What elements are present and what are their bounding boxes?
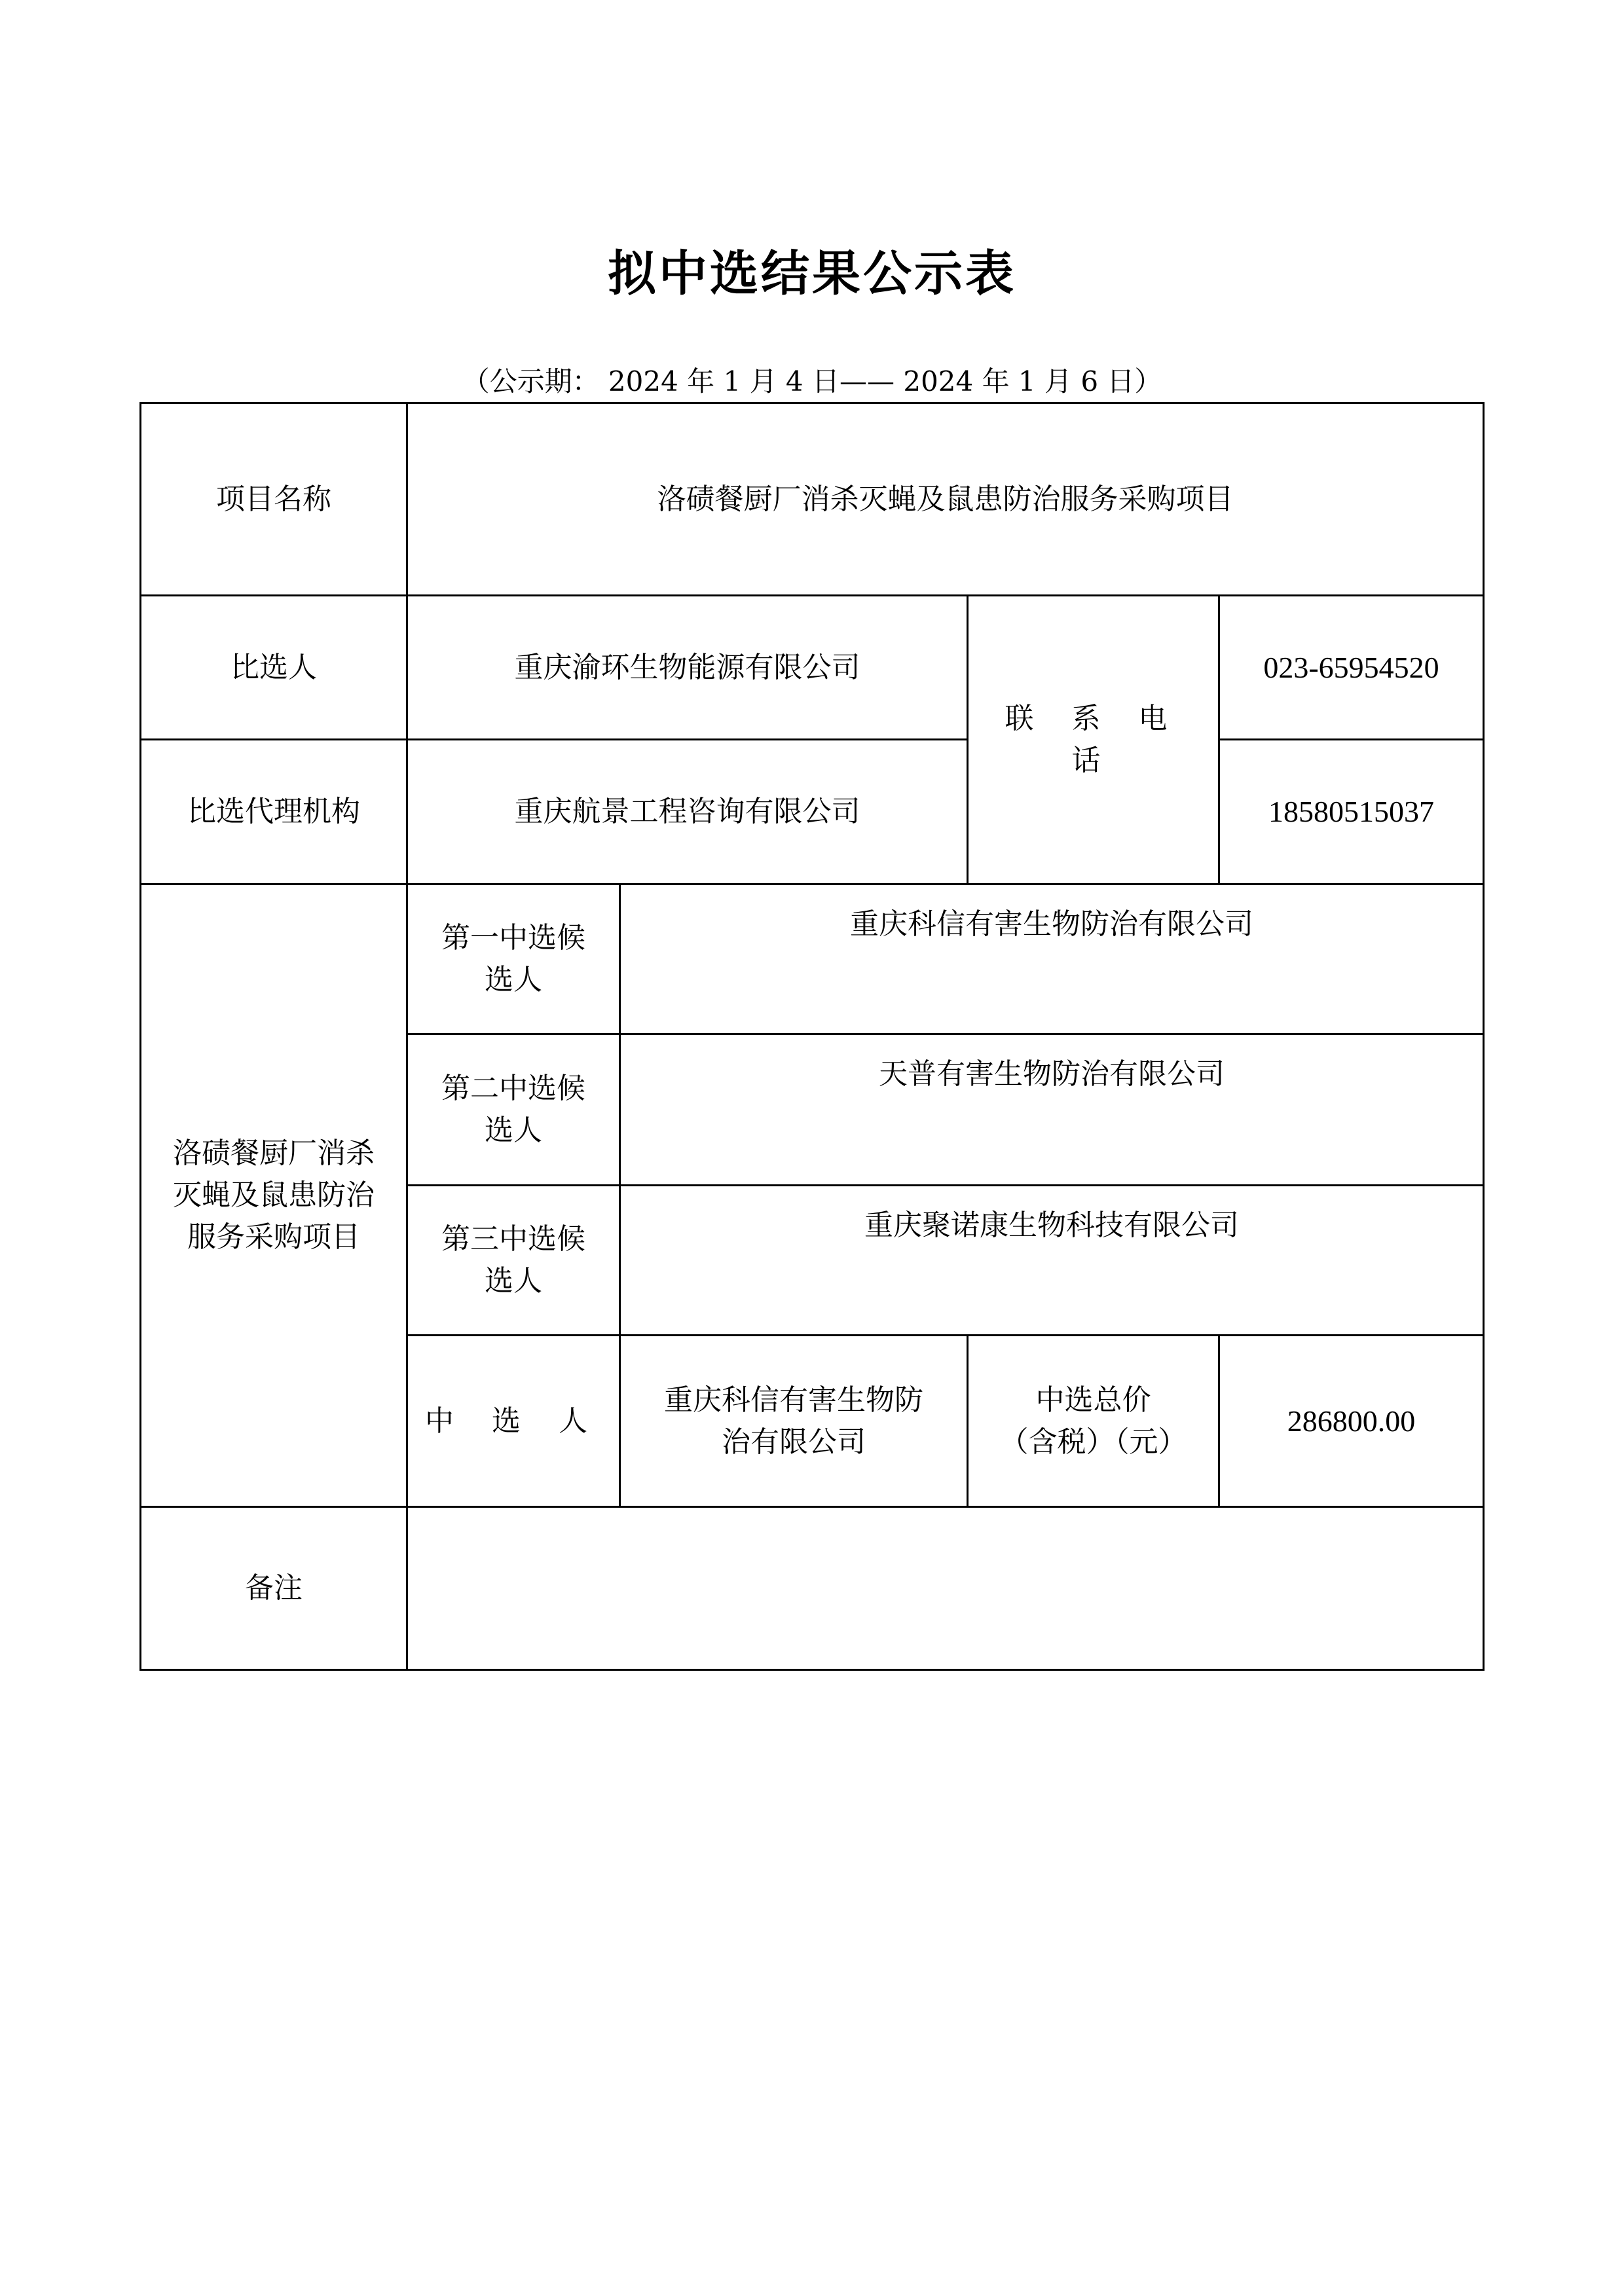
section-label: 洛碛餐厨厂消杀 灭蝇及鼠患防治 服务采购项目 <box>173 1133 375 1258</box>
agency-label: 比选代理机构 <box>187 791 360 833</box>
winner-name-cell: 重庆科信有害生物防 治有限公司 <box>619 1334 969 1508</box>
selector-phone-cell: 023-65954520 <box>1218 594 1485 740</box>
total-price-label-cell: 中选总价 （含税）（元） <box>967 1334 1220 1508</box>
total-price-value-cell: 286800.00 <box>1218 1334 1485 1508</box>
agency-value-cell: 重庆航景工程咨询有限公司 <box>406 738 969 885</box>
remarks-value-cell <box>406 1506 1485 1671</box>
section-label-cell: 洛碛餐厨厂消杀 灭蝇及鼠患防治 服务采购项目 <box>139 883 408 1508</box>
selector-label-cell: 比选人 <box>139 594 408 740</box>
candidate-2-name: 天普有害生物防治有限公司 <box>879 1053 1225 1095</box>
contact-phone-label-cell: 联 系 电 话 <box>967 594 1220 885</box>
winner-label-cell: 中 选 人 <box>406 1334 621 1508</box>
page-title: 拟中选结果公示表 <box>0 242 1624 305</box>
agency-phone: 18580515037 <box>1268 791 1434 833</box>
candidate-1-name-cell: 重庆科信有害生物防治有限公司 <box>619 883 1485 1035</box>
project-name-value-cell: 洛碛餐厨厂消杀灭蝇及鼠患防治服务采购项目 <box>406 402 1485 596</box>
candidate-2-name-cell: 天普有害生物防治有限公司 <box>619 1033 1485 1186</box>
remarks-label-cell: 备注 <box>139 1506 408 1671</box>
selector-label: 比选人 <box>231 647 317 689</box>
candidate-2-rank-cell: 第二中选候 选人 <box>406 1033 621 1186</box>
publicity-period: （公示期： 2024 年 1 月 4 日—— 2024 年 1 月 6 日） <box>0 363 1624 400</box>
candidate-1-rank: 第一中选候 选人 <box>441 917 585 1001</box>
winner-name: 重庆科信有害生物防 治有限公司 <box>664 1379 923 1463</box>
selector-phone: 023-65954520 <box>1263 647 1439 689</box>
candidate-1-name: 重庆科信有害生物防治有限公司 <box>850 903 1253 945</box>
agency-phone-cell: 18580515037 <box>1218 738 1485 885</box>
agency-label-cell: 比选代理机构 <box>139 738 408 885</box>
remarks-label: 备注 <box>245 1567 303 1609</box>
contact-phone-label: 联 系 电 话 <box>980 698 1206 782</box>
selector-value: 重庆渝环生物能源有限公司 <box>515 647 860 689</box>
candidate-2-rank: 第二中选候 选人 <box>441 1068 585 1152</box>
winner-label: 中 选 人 <box>425 1400 602 1442</box>
project-name-value: 洛碛餐厨厂消杀灭蝇及鼠患防治服务采购项目 <box>657 479 1234 520</box>
agency-value: 重庆航景工程咨询有限公司 <box>515 791 860 833</box>
candidate-3-rank: 第三中选候 选人 <box>441 1218 585 1302</box>
project-name-label-cell: 项目名称 <box>139 402 408 596</box>
project-name-label: 项目名称 <box>216 479 331 520</box>
candidate-1-rank-cell: 第一中选候 选人 <box>406 883 621 1035</box>
candidate-3-name: 重庆聚诺康生物科技有限公司 <box>864 1205 1239 1247</box>
candidate-3-name-cell: 重庆聚诺康生物科技有限公司 <box>619 1184 1485 1336</box>
total-price-value: 286800.00 <box>1287 1400 1416 1442</box>
total-price-label: 中选总价 （含税）（元） <box>1000 1379 1187 1463</box>
candidate-3-rank-cell: 第三中选候 选人 <box>406 1184 621 1336</box>
selector-value-cell: 重庆渝环生物能源有限公司 <box>406 594 969 740</box>
